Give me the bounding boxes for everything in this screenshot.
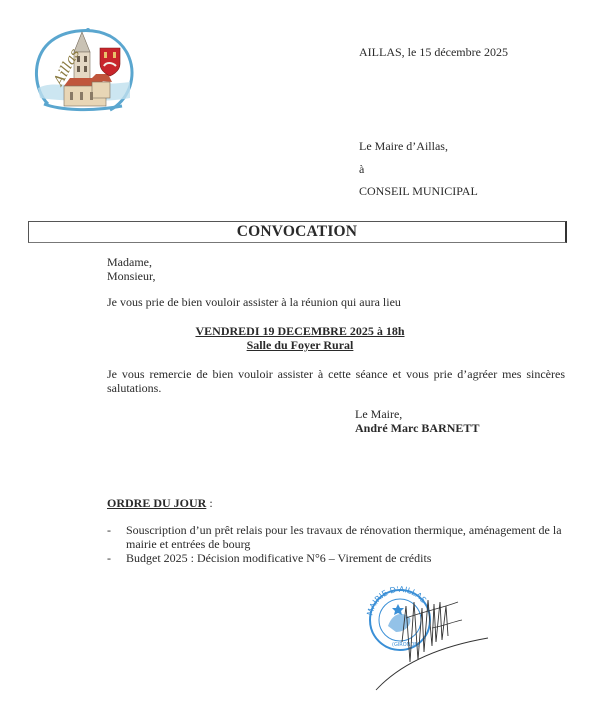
- intro-text: Je vous prie de bien vouloir assister à …: [107, 295, 401, 310]
- agenda-heading: ORDRE DU JOUR :: [107, 496, 213, 511]
- meeting-info: VENDREDI 19 DECEMBRE 2025 à 18h Salle du…: [100, 324, 500, 352]
- place-date: AILLAS, le 15 décembre 2025: [359, 45, 508, 60]
- agenda-title: ORDRE DU JOUR: [107, 496, 206, 510]
- document-title: CONVOCATION: [237, 223, 357, 240]
- bullet-dash-icon: -: [107, 523, 111, 537]
- agenda-item: - Souscription d’un prêt relais pour les…: [107, 523, 577, 551]
- closing-text: Je vous remercie de bien vouloir assiste…: [107, 367, 565, 395]
- agenda-list: - Souscription d’un prêt relais pour les…: [107, 523, 577, 565]
- salutation: Madame, Monsieur,: [107, 255, 156, 283]
- agenda-item-text: Budget 2025 : Décision modificative N°6 …: [126, 551, 431, 565]
- signatory-name: André Marc BARNETT: [355, 421, 479, 435]
- svg-text:(GIRONDE): (GIRONDE): [392, 642, 419, 648]
- salutation-monsieur: Monsieur,: [107, 269, 156, 283]
- meeting-date: VENDREDI 19 DECEMBRE 2025 à 18h: [100, 324, 500, 338]
- bullet-dash-icon: -: [107, 551, 111, 565]
- title-box: CONVOCATION: [28, 221, 567, 243]
- recipient-prefix: à: [359, 158, 478, 181]
- agenda-title-suffix: :: [206, 496, 212, 510]
- aillas-logo: Aillas: [30, 26, 138, 118]
- sender-block: Le Maire d’Aillas, à CONSEIL MUNICIPAL: [359, 135, 478, 203]
- agenda-item-text: Souscription d’un prêt relais pour les t…: [126, 523, 562, 551]
- recipient-line: CONSEIL MUNICIPAL: [359, 180, 478, 203]
- stamp-and-signature: MAIRIE D'AILLAS (GIRONDE): [362, 582, 494, 692]
- salutation-madame: Madame,: [107, 255, 156, 269]
- official-stamp-icon: MAIRIE D'AILLAS (GIRONDE): [365, 585, 430, 650]
- sender-line: Le Maire d’Aillas,: [359, 135, 478, 158]
- village-crest-icon: Aillas: [30, 26, 138, 118]
- meeting-place: Salle du Foyer Rural: [100, 338, 500, 352]
- signatory-role: Le Maire,: [355, 407, 479, 421]
- signature-block: Le Maire, André Marc BARNETT: [355, 407, 479, 435]
- agenda-item: - Budget 2025 : Décision modificative N°…: [107, 551, 577, 565]
